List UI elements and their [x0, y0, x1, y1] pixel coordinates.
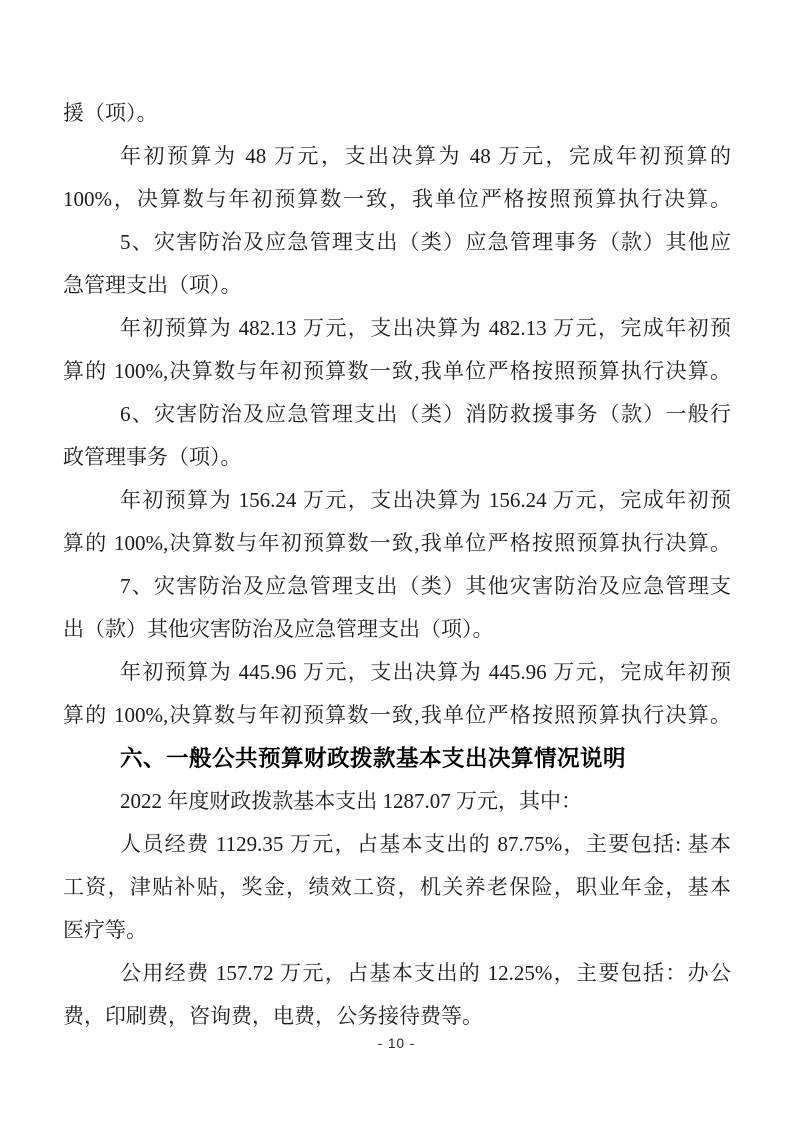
text-line: 100%，决算数与年初预算数一致，我单位严格按照预算执行决算。 — [63, 178, 731, 221]
text-line: 2022 年度财政拨款基本支出 1287.07 万元，其中： — [63, 780, 731, 823]
text-line: 年初预算为 156.24 万元，支出决算为 156.24 万元，完成年初预 — [63, 479, 731, 522]
text-line: 7、灾害防治及应急管理支出（类）其他灾害防治及应急管理支 — [63, 565, 731, 608]
text-line: 5、灾害防治及应急管理支出（类）应急管理事务（款）其他应 — [63, 221, 731, 264]
text-line: 急管理支出（项）。 — [63, 264, 731, 307]
text-line: 年初预算为 445.96 万元，支出决算为 445.96 万元，完成年初预 — [63, 651, 731, 694]
text-line: 医疗等。 — [63, 909, 731, 952]
document-page: 援（项）。年初预算为 48 万元，支出决算为 48 万元，完成年初预算的100%… — [0, 0, 793, 1122]
document-body: 援（项）。年初预算为 48 万元，支出决算为 48 万元，完成年初预算的100%… — [63, 92, 731, 1038]
text-line: 援（项）。 — [63, 92, 731, 135]
text-line: 算的 100%,决算数与年初预算数一致,我单位严格按照预算执行决算。 — [63, 350, 731, 393]
text-line: 公用经费 157.72 万元，占基本支出的 12.25%，主要包括：办公 — [63, 952, 731, 995]
text-line: 费，印刷费，咨询费，电费，公务接待费等。 — [63, 995, 731, 1038]
text-line: 算的 100%,决算数与年初预算数一致,我单位严格按照预算执行决算。 — [63, 694, 731, 737]
page-number: - 10 - — [0, 1036, 793, 1051]
text-line: 年初预算为 48 万元，支出决算为 48 万元，完成年初预算的 — [63, 135, 731, 178]
text-line: 年初预算为 482.13 万元，支出决算为 482.13 万元，完成年初预 — [63, 307, 731, 350]
text-line: 出（款）其他灾害防治及应急管理支出（项）。 — [63, 608, 731, 651]
text-line: 算的 100%,决算数与年初预算数一致,我单位严格按照预算执行决算。 — [63, 522, 731, 565]
text-line: 6、灾害防治及应急管理支出（类）消防救援事务（款）一般行 — [63, 393, 731, 436]
text-line: 人员经费 1129.35 万元，占基本支出的 87.75%，主要包括: 基本 — [63, 823, 731, 866]
section-heading: 六、一般公共预算财政拨款基本支出决算情况说明 — [63, 737, 731, 780]
text-line: 政管理事务（项）。 — [63, 436, 731, 479]
text-line: 工资，津贴补贴，奖金，绩效工资，机关养老保险，职业年金，基本 — [63, 866, 731, 909]
